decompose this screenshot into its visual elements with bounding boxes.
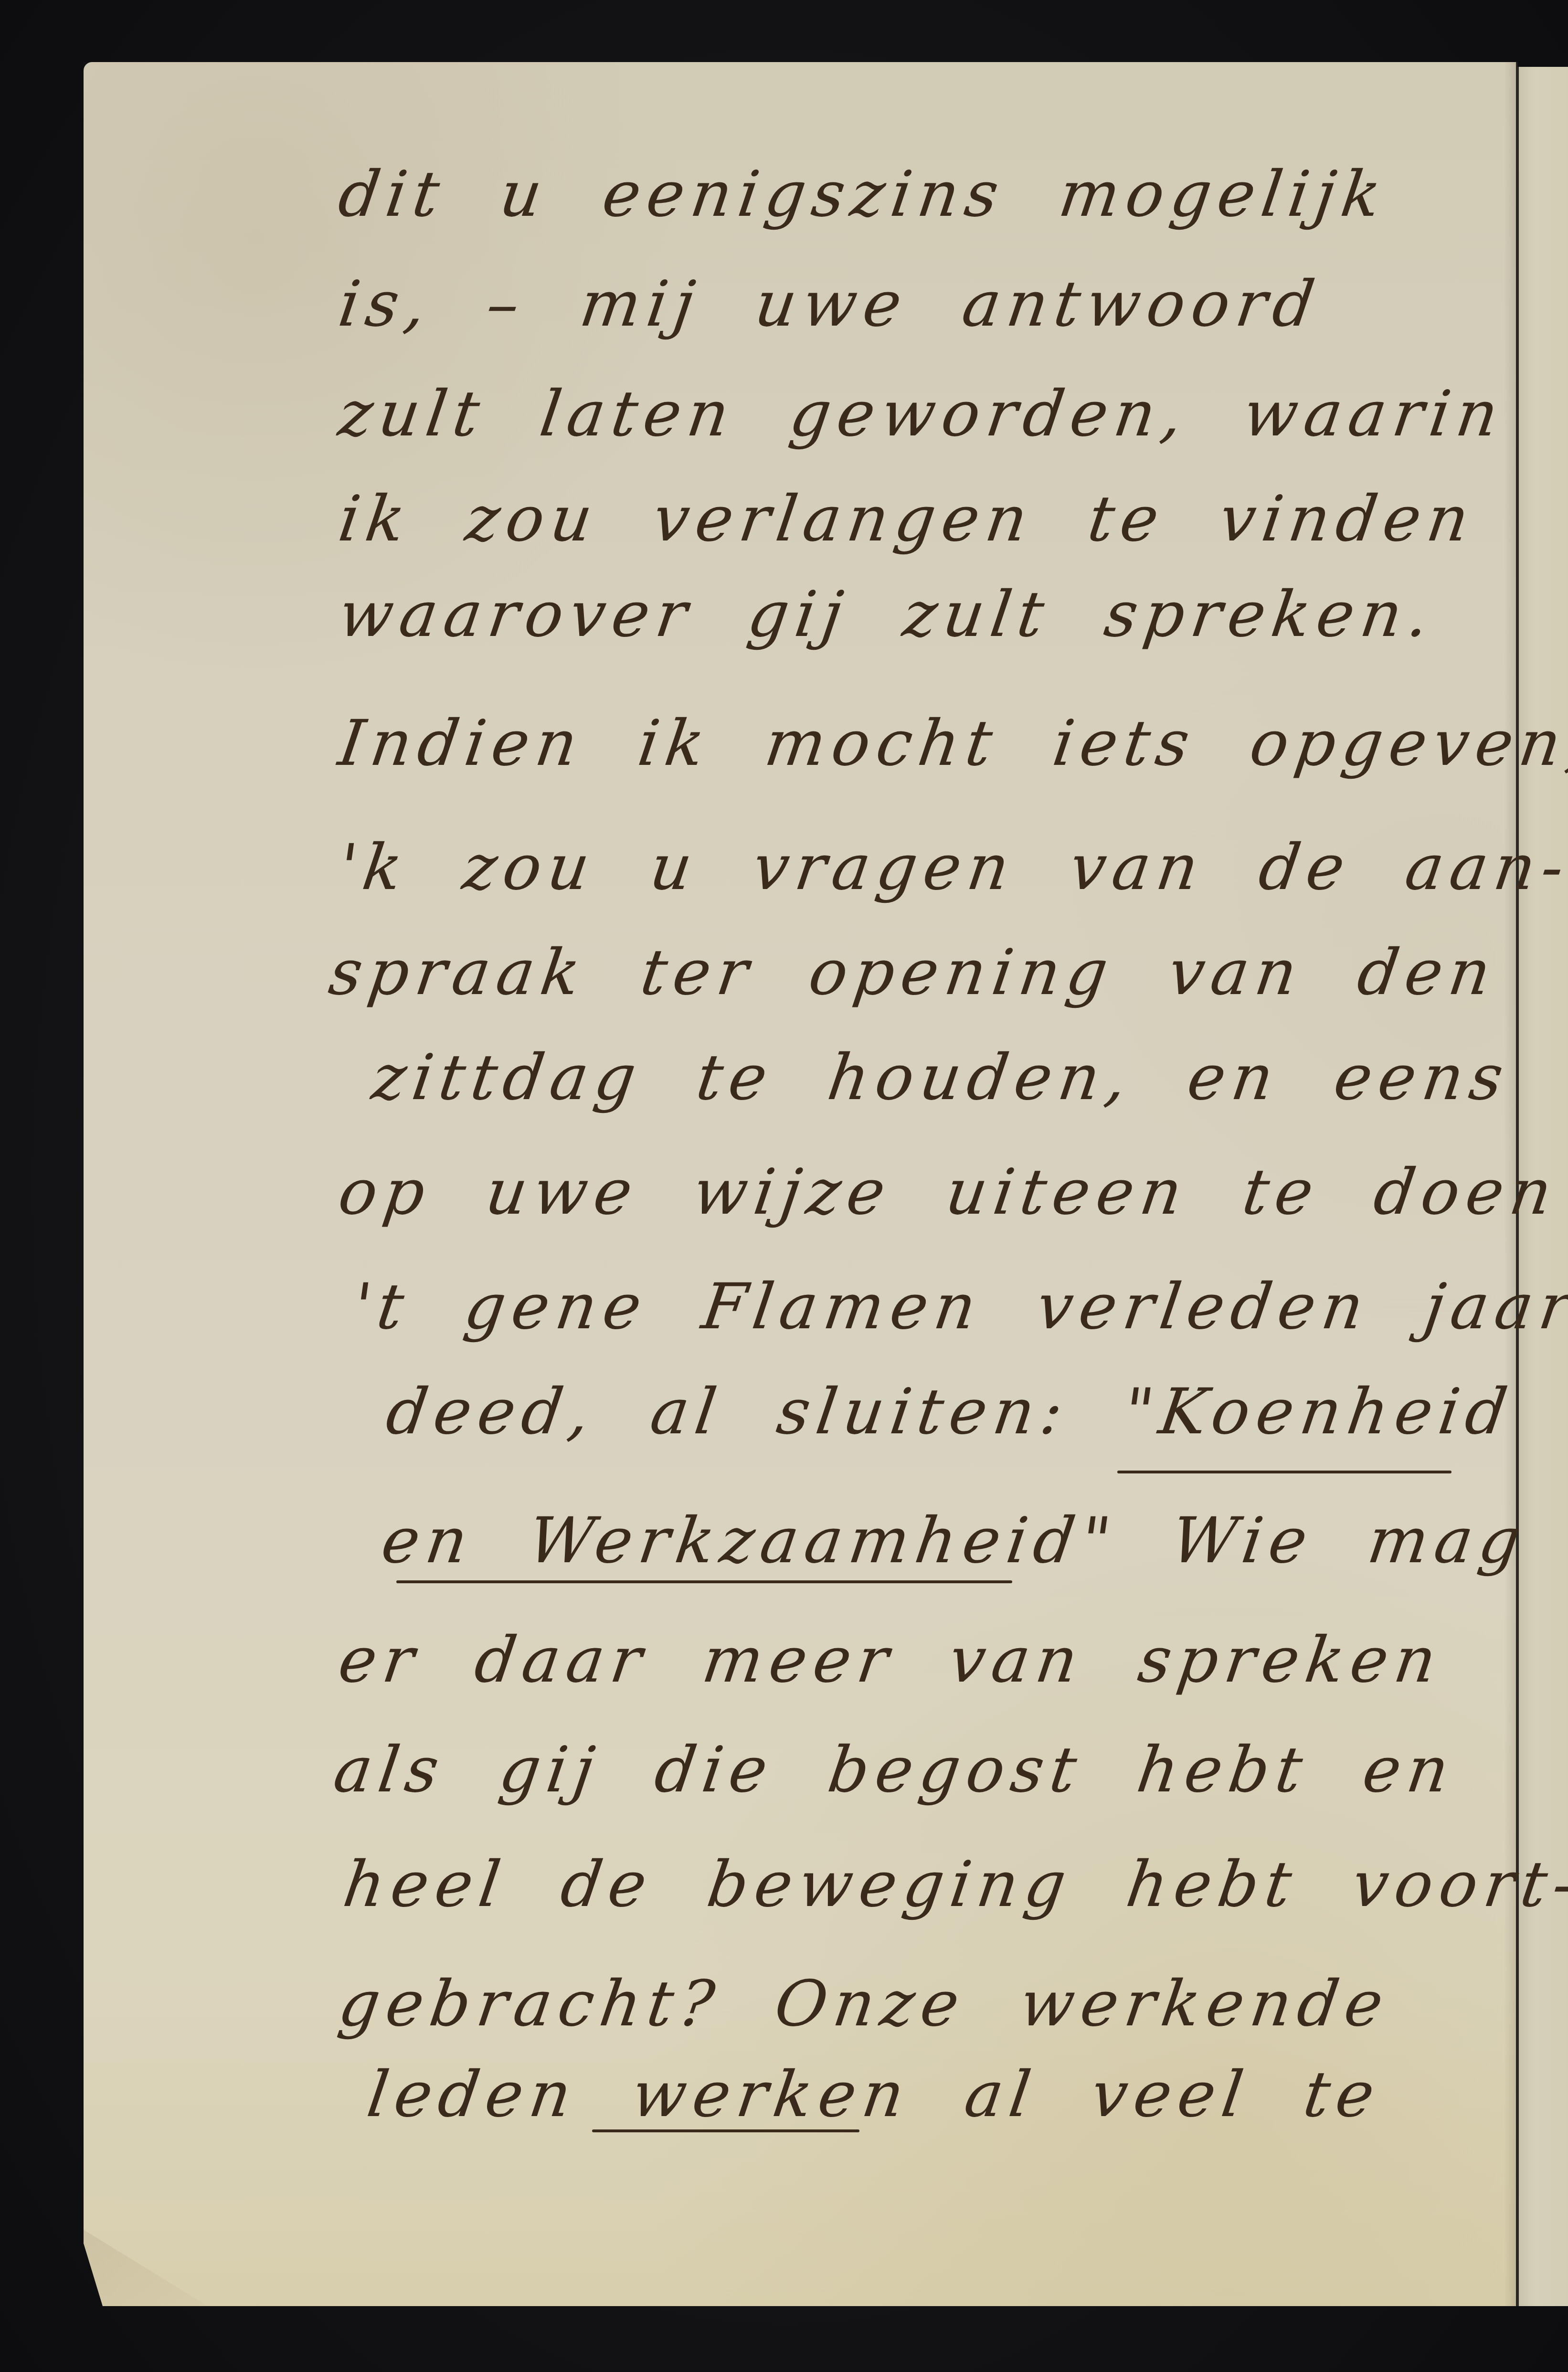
text-line-9: zittdag te houden, en eens [368, 1041, 1514, 1114]
text-line-8: spraak ter opening van den [325, 936, 1502, 1009]
underline-werken [592, 2129, 859, 2132]
text-line-11: 't gene Flamen verleden jaar [349, 1270, 1568, 1344]
text-line-1: dit u eenigszins mogelijk [334, 158, 1392, 231]
text-line-4: ik zou verlangen te vinden [334, 482, 1480, 556]
text-line-2: is, – mij uwe antwoord [334, 267, 1325, 341]
underline-werkzaamheid [396, 1580, 1012, 1583]
text-line-16: heel de beweging hebt voort- [339, 1848, 1568, 1921]
text-line-12: deed, al sluiten: "Koenheid [382, 1375, 1518, 1449]
text-line-5: waarover gij zult spreken. [334, 578, 1440, 651]
text-line-13: en Werkzaamheid" Wie mag [377, 1504, 1531, 1578]
text-line-15: als gij die begost hebt en [329, 1733, 1460, 1807]
text-line-18: leden werken al veel te [363, 2058, 1386, 2131]
text-line-6: Indien ik mocht iets opgeven, [334, 707, 1568, 780]
handwritten-text: dit u eenigszins mogelijk is, – mij uwe … [0, 0, 1568, 2372]
text-line-3: zult laten geworden, waarin [334, 377, 1509, 451]
underline-koenheid [1117, 1471, 1451, 1473]
text-line-14: er daar meer van spreken [334, 1623, 1447, 1697]
text-line-17: gebracht? Onze werkende [334, 1967, 1394, 2041]
text-line-7: 'k zou u vragen van de aan- [334, 831, 1568, 904]
text-line-10: op uwe wijze uiteen te doen [334, 1155, 1563, 1229]
